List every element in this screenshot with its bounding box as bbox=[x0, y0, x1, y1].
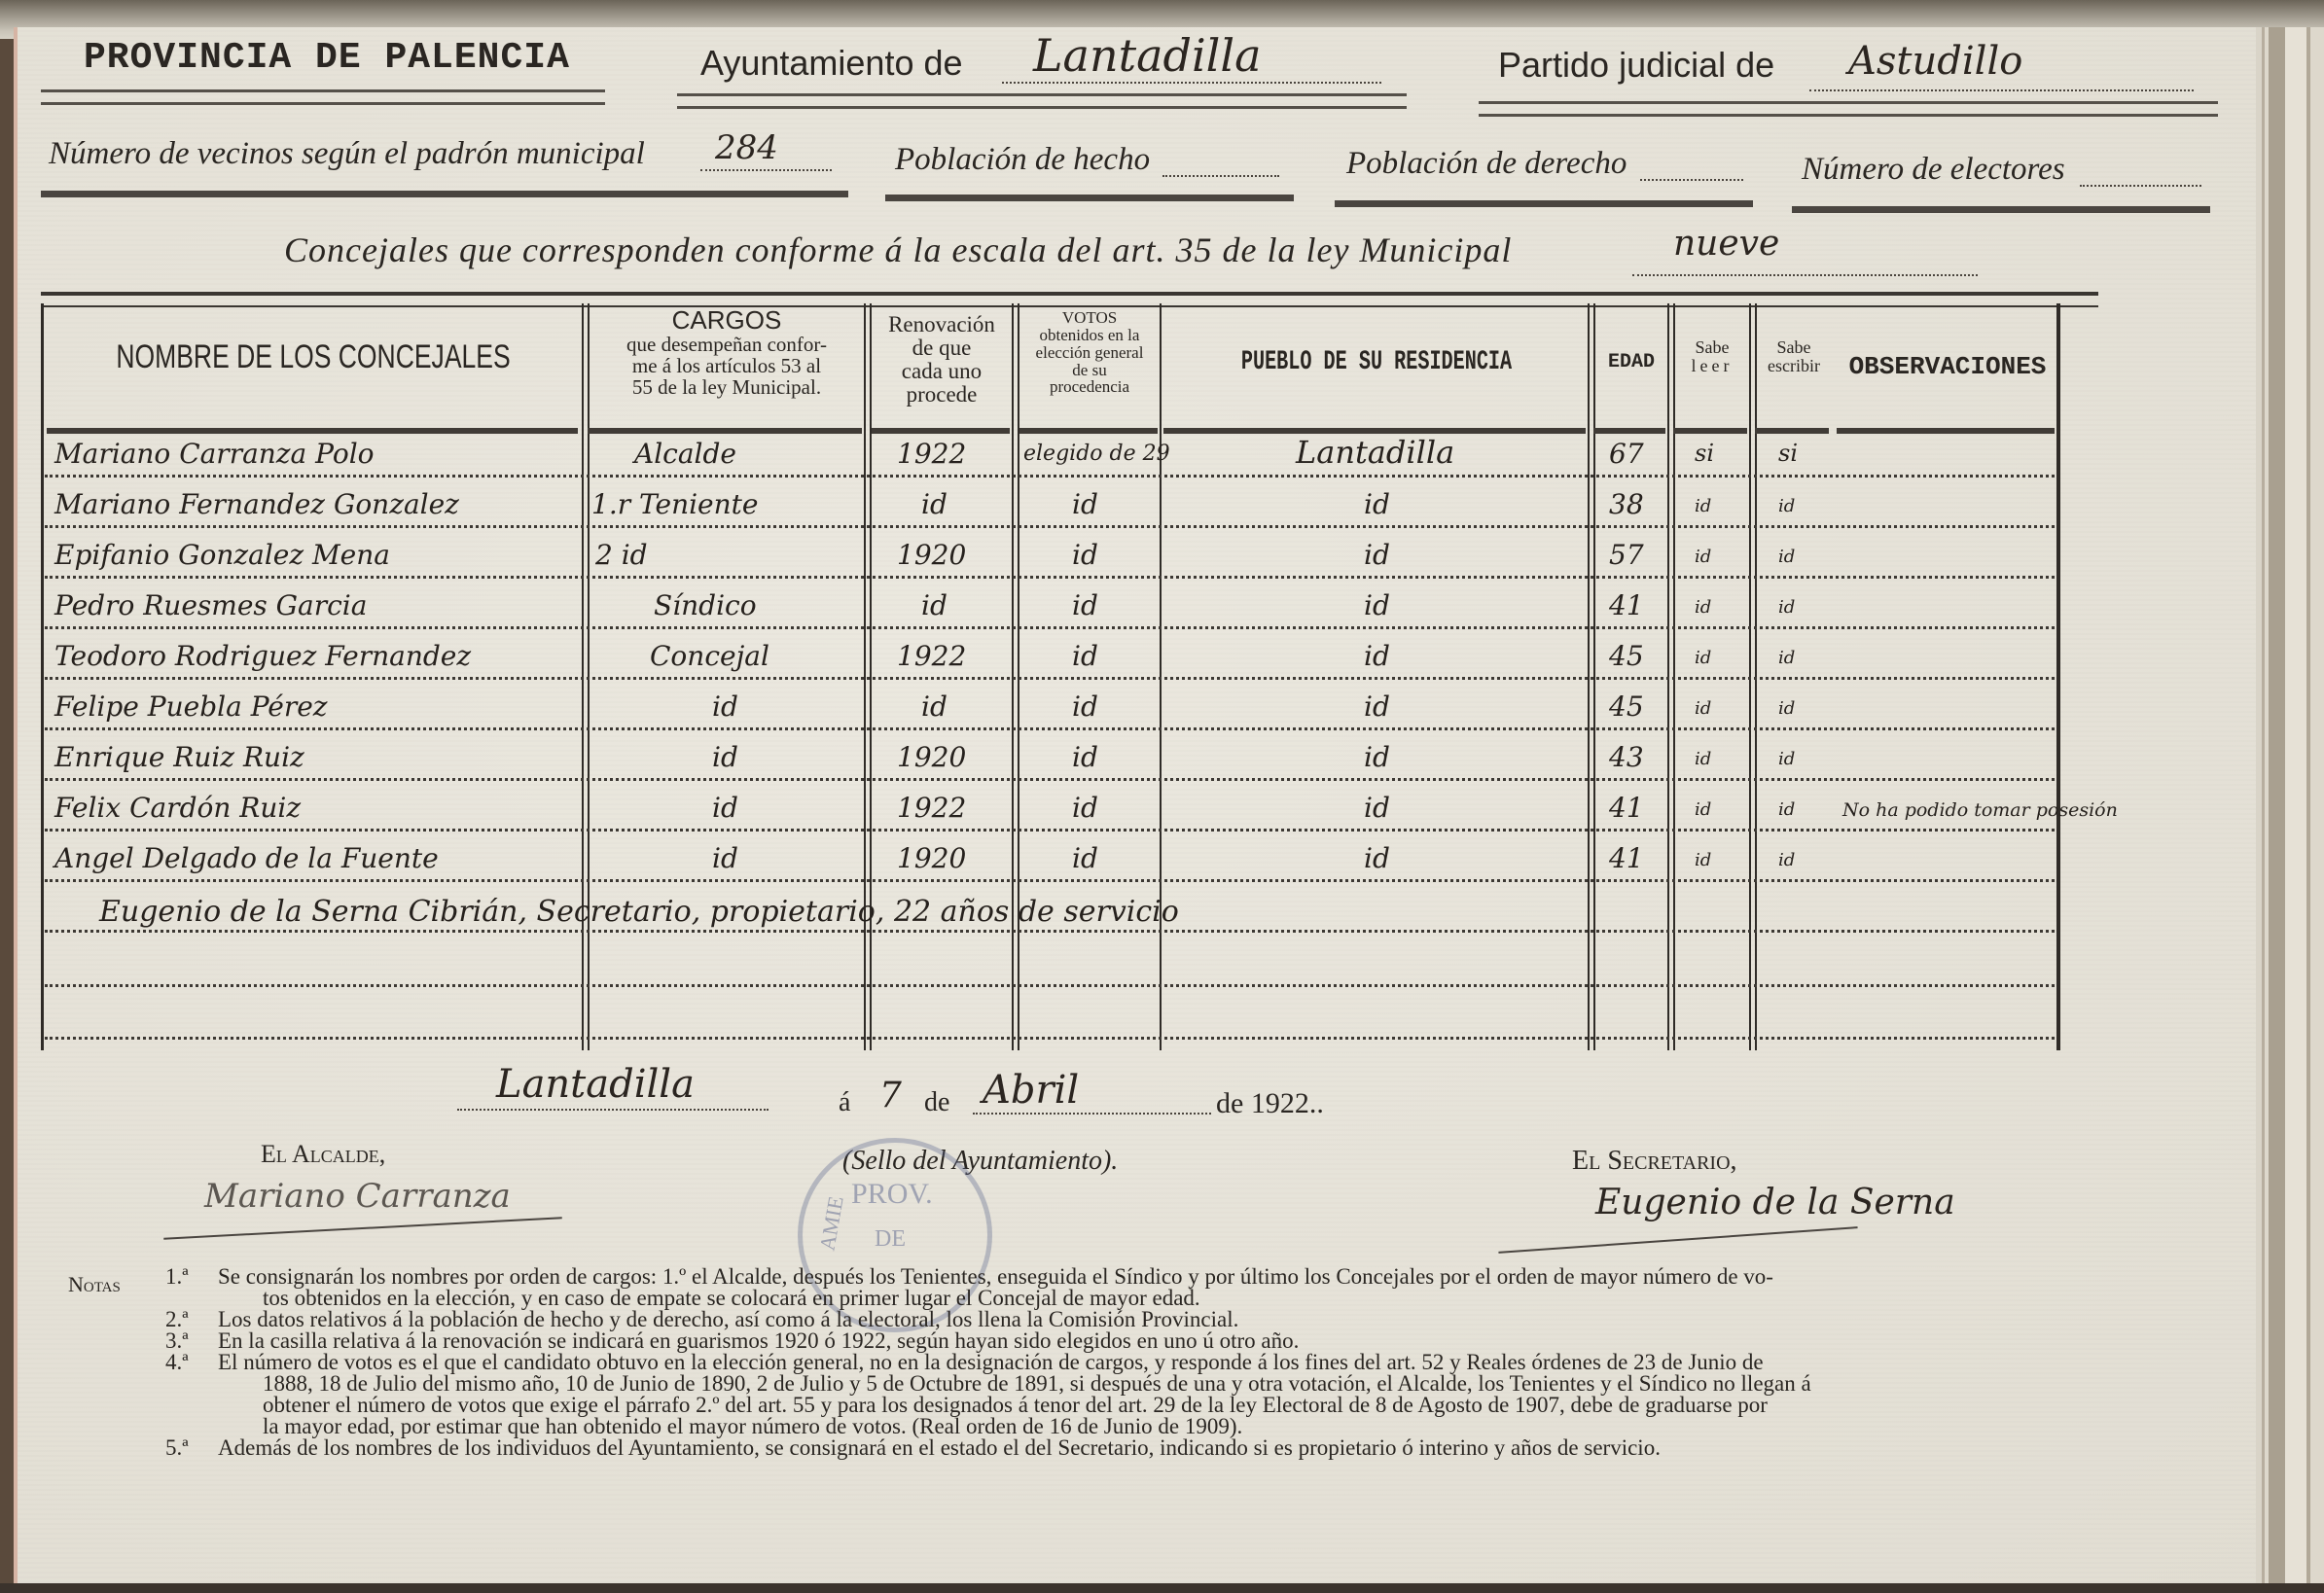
cell-escribir: id bbox=[1778, 850, 1795, 870]
notes-label: Notas bbox=[68, 1274, 121, 1295]
cell-escribir: id bbox=[1778, 648, 1795, 668]
electores-field[interactable] bbox=[2080, 185, 2201, 187]
note-line: tos obtenidos en la elección, y en caso … bbox=[263, 1288, 1200, 1309]
cell-leer: id bbox=[1695, 749, 1711, 769]
cell-votos: id bbox=[1072, 842, 1098, 874]
cell-cargo: id bbox=[712, 842, 738, 874]
cell-cargo: 1.r Teniente bbox=[591, 488, 759, 520]
cell-renovacion: id bbox=[921, 488, 947, 520]
header-separator bbox=[872, 428, 1010, 434]
cell-votos: id bbox=[1072, 640, 1098, 672]
row-line bbox=[45, 778, 2055, 781]
header-votos-line: elección general bbox=[1019, 344, 1160, 362]
cell-leer: si bbox=[1695, 440, 1714, 467]
partido-value: Astudillo bbox=[1848, 39, 2022, 84]
census-rule bbox=[885, 195, 1294, 201]
footer-month: Abril bbox=[983, 1068, 1079, 1113]
row-line bbox=[45, 525, 2055, 528]
header-cargos-line: que desempeñan confor- bbox=[590, 334, 864, 355]
cell-cargo: id bbox=[712, 741, 738, 773]
header-renovacion-line: procede bbox=[872, 383, 1012, 407]
cell-votos: id bbox=[1072, 741, 1098, 773]
cell-votos: id bbox=[1072, 589, 1098, 621]
book-bottom-edge bbox=[0, 1583, 2324, 1593]
cell-leer: id bbox=[1695, 799, 1711, 820]
vecinos-label: Número de vecinos según el padrón munici… bbox=[49, 136, 645, 172]
header-escribir: Sabe escribir bbox=[1757, 338, 1831, 375]
vecinos-dots bbox=[700, 169, 832, 171]
cell-leer: id bbox=[1695, 698, 1711, 719]
cell-nombre: Mariano Carranza Polo bbox=[54, 438, 375, 470]
cell-renovacion: id bbox=[921, 589, 947, 621]
stamp-text: DE bbox=[875, 1226, 906, 1253]
header-cargos-title: CARGOS bbox=[590, 307, 864, 334]
cell-nombre: Teodoro Rodriguez Fernandez bbox=[54, 640, 471, 672]
cell-pueblo: id bbox=[1364, 539, 1390, 571]
cell-edad: 38 bbox=[1609, 488, 1644, 520]
header-separator bbox=[1837, 428, 2055, 434]
cell-renovacion: 1920 bbox=[897, 539, 966, 571]
cell-escribir: id bbox=[1778, 698, 1795, 719]
footer-place: Lantadilla bbox=[496, 1062, 695, 1107]
cell-renovacion: 1920 bbox=[897, 741, 966, 773]
cell-escribir: id bbox=[1778, 799, 1795, 820]
cell-votos: id bbox=[1072, 488, 1098, 520]
cell-pueblo: id bbox=[1364, 589, 1390, 621]
row-line bbox=[45, 626, 2055, 629]
alcalde-label: El Alcalde, bbox=[261, 1140, 385, 1169]
cell-votos: id bbox=[1072, 539, 1098, 571]
poblacion-derecho-field[interactable] bbox=[1640, 179, 1743, 181]
cell-leer: id bbox=[1695, 496, 1711, 516]
header-renovacion-line: cada uno bbox=[872, 360, 1012, 383]
header-rule bbox=[677, 93, 1407, 109]
cell-renovacion: 1920 bbox=[897, 842, 966, 874]
province-title: PROVINCIA DE PALENCIA bbox=[84, 37, 570, 79]
cell-leer: id bbox=[1695, 850, 1711, 870]
note-line: obtener el número de votos que exige el … bbox=[263, 1395, 1768, 1416]
row-line bbox=[45, 879, 2055, 882]
stamp-text: AMIE bbox=[814, 1194, 848, 1253]
header-cargos-line: 55 de la ley Municipal. bbox=[590, 376, 864, 398]
cell-renovacion: id bbox=[921, 690, 947, 723]
cell-leer: id bbox=[1695, 547, 1711, 567]
note-number: 2.ª bbox=[165, 1309, 189, 1330]
footer-a: á bbox=[839, 1087, 850, 1118]
cell-escribir: id bbox=[1778, 496, 1795, 516]
cell-leer: id bbox=[1695, 648, 1711, 668]
cell-nombre: Pedro Ruesmes Garcia bbox=[54, 589, 367, 621]
header-nombre: NOMBRE DE LOS CONCEJALES bbox=[108, 340, 518, 375]
poblacion-derecho-label: Población de derecho bbox=[1346, 146, 1627, 182]
cell-edad: 45 bbox=[1609, 690, 1644, 723]
vecinos-value: 284 bbox=[715, 128, 778, 167]
header-renovacion: Renovación de que cada uno procede bbox=[872, 313, 1012, 407]
note-line: Además de los nombres de los individuos … bbox=[218, 1437, 1661, 1459]
ayuntamiento-dots bbox=[1002, 82, 1381, 84]
poblacion-hecho-field[interactable] bbox=[1162, 175, 1279, 177]
cell-renovacion: 1922 bbox=[897, 640, 966, 672]
cell-escribir: si bbox=[1778, 440, 1798, 467]
header-rule bbox=[1479, 101, 2218, 117]
header-cargos-line: me á los artículos 53 al bbox=[590, 355, 864, 376]
electores-label: Número de electores bbox=[1802, 152, 2065, 188]
cell-cargo: id bbox=[712, 690, 738, 723]
note-line: El número de votos es el que el candidat… bbox=[218, 1352, 1764, 1373]
cell-nombre: Felix Cardón Ruiz bbox=[54, 792, 301, 824]
secretary-note: Eugenio de la Serna Cibrián, Secretario,… bbox=[99, 895, 1179, 929]
footer-day: 7 bbox=[879, 1076, 902, 1115]
note-line: la mayor edad, por estimar que han obten… bbox=[263, 1416, 1242, 1437]
alcalde-signature: Mariano Carranza bbox=[204, 1177, 511, 1216]
census-rule bbox=[1335, 200, 1753, 207]
header-pueblo: PUEBLO DE SU RESIDENCIA bbox=[1225, 348, 1528, 376]
cell-pueblo: id bbox=[1364, 792, 1390, 824]
table-border-right bbox=[2056, 303, 2060, 1050]
poblacion-hecho-label: Población de hecho bbox=[895, 142, 1150, 178]
book-page-edges bbox=[2256, 27, 2324, 1583]
cell-edad: 45 bbox=[1609, 640, 1644, 672]
cell-nombre: Enrique Ruiz Ruiz bbox=[54, 741, 304, 773]
concejales-table: NOMBRE DE LOS CONCEJALES CARGOS que dese… bbox=[41, 292, 2098, 1050]
row-line bbox=[45, 829, 2055, 832]
cell-escribir: id bbox=[1778, 597, 1795, 618]
header-separator bbox=[1673, 428, 1747, 434]
header-escribir-line: escribir bbox=[1757, 357, 1831, 375]
concejales-dots bbox=[1632, 274, 1978, 276]
note-number: 1.ª bbox=[165, 1266, 189, 1288]
cell-nombre: Epifanio Gonzalez Mena bbox=[54, 539, 390, 571]
header-separator bbox=[1593, 428, 1665, 434]
cell-edad: 41 bbox=[1609, 842, 1644, 874]
header-renovacion-line: de que bbox=[872, 336, 1012, 360]
ayuntamiento-value: Lantadilla bbox=[1033, 29, 1262, 82]
note-line: Los datos relativos á la población de he… bbox=[218, 1309, 1238, 1330]
cell-pueblo: Lantadilla bbox=[1296, 434, 1454, 471]
cell-pueblo: id bbox=[1364, 842, 1390, 874]
row-line bbox=[45, 475, 2055, 478]
note-number: 4.ª bbox=[165, 1352, 189, 1373]
header-observaciones: OBSERVACIONES bbox=[1839, 354, 2056, 380]
partido-label: Partido judicial de bbox=[1498, 45, 1774, 86]
cell-pueblo: id bbox=[1364, 690, 1390, 723]
header-leer: Sabe leer bbox=[1675, 338, 1749, 375]
cell-edad: 67 bbox=[1609, 438, 1644, 470]
table-border-left bbox=[41, 303, 44, 1050]
footer-place-dots bbox=[457, 1109, 769, 1111]
cell-observaciones: No ha podido tomar posesión bbox=[1842, 799, 2118, 821]
note-number: 5.ª bbox=[165, 1437, 189, 1459]
cell-votos: id bbox=[1072, 792, 1098, 824]
header-separator bbox=[1019, 428, 1158, 434]
census-rule bbox=[41, 191, 848, 197]
census-rule bbox=[1792, 206, 2210, 213]
cell-votos: elegido de 29 bbox=[1023, 442, 1170, 466]
cell-pueblo: id bbox=[1364, 741, 1390, 773]
cell-nombre: Angel Delgado de la Fuente bbox=[54, 842, 439, 874]
cell-cargo: Alcalde bbox=[634, 438, 736, 470]
row-line bbox=[45, 727, 2055, 730]
cell-cargo: Síndico bbox=[654, 589, 757, 621]
cell-leer: id bbox=[1695, 597, 1711, 618]
header-separator bbox=[1755, 428, 1829, 434]
header-leer-line: Sabe bbox=[1675, 338, 1749, 357]
ayuntamiento-label: Ayuntamiento de bbox=[700, 43, 963, 84]
cell-nombre: Felipe Puebla Pérez bbox=[54, 690, 328, 723]
cell-renovacion: 1922 bbox=[897, 438, 966, 470]
note-line: 1888, 18 de Julio del mismo año, 10 de J… bbox=[263, 1373, 1811, 1395]
row-line bbox=[45, 930, 2055, 933]
cell-cargo: Concejal bbox=[650, 640, 769, 672]
cell-renovacion: 1922 bbox=[897, 792, 966, 824]
footer-de: de bbox=[924, 1087, 949, 1118]
header-votos-line: de su bbox=[1019, 362, 1160, 379]
header-leer-line: leer bbox=[1675, 357, 1749, 375]
cell-votos: id bbox=[1072, 690, 1098, 723]
cell-edad: 41 bbox=[1609, 589, 1644, 621]
row-line bbox=[45, 576, 2055, 579]
header-separator bbox=[588, 428, 862, 434]
header-votos-line: VOTOS bbox=[1019, 309, 1160, 327]
note-line: Se consignarán los nombres por orden de … bbox=[218, 1266, 1773, 1288]
cell-pueblo: id bbox=[1364, 640, 1390, 672]
secretario-signature: Eugenio de la Serna bbox=[1595, 1183, 1955, 1222]
cell-escribir: id bbox=[1778, 749, 1795, 769]
cell-edad: 41 bbox=[1609, 792, 1644, 824]
cell-cargo: 2 id bbox=[595, 539, 648, 571]
footer-month-dots bbox=[973, 1113, 1211, 1115]
cell-pueblo: id bbox=[1364, 488, 1390, 520]
cell-escribir: id bbox=[1778, 547, 1795, 567]
row-line bbox=[45, 984, 2055, 987]
cell-edad: 43 bbox=[1609, 741, 1644, 773]
header-renovacion-line: Renovación bbox=[872, 313, 1012, 336]
cell-cargo: id bbox=[712, 792, 738, 824]
note-number: 3.ª bbox=[165, 1330, 189, 1352]
partido-dots bbox=[1809, 89, 2194, 91]
header-votos-line: procedencia bbox=[1019, 378, 1160, 396]
stamp-text: PROV. bbox=[851, 1178, 933, 1211]
table-top-rule bbox=[41, 292, 2098, 307]
header-votos-line: obtenidos en la bbox=[1019, 327, 1160, 344]
secretario-label: El Secretario, bbox=[1572, 1146, 1737, 1177]
cell-edad: 57 bbox=[1609, 539, 1644, 571]
header-edad: EDAD bbox=[1595, 352, 1667, 372]
concejales-value: nueve bbox=[1673, 224, 1779, 264]
header-escribir-line: Sabe bbox=[1757, 338, 1831, 357]
note-line: En la casilla relativa á la renovación s… bbox=[218, 1330, 1299, 1352]
header-votos: VOTOS obtenidos en la elección general d… bbox=[1019, 309, 1160, 396]
header-separator bbox=[47, 428, 578, 434]
concejales-label: Concejales que corresponden conforme á l… bbox=[284, 230, 1512, 270]
cell-nombre: Mariano Fernandez Gonzalez bbox=[54, 488, 459, 520]
row-line bbox=[45, 1037, 2055, 1040]
header-cargos: CARGOS que desempeñan confor- me á los a… bbox=[590, 307, 864, 398]
header-rule bbox=[41, 89, 605, 105]
footer-year: de 1922.. bbox=[1216, 1087, 1324, 1120]
row-line bbox=[45, 677, 2055, 680]
